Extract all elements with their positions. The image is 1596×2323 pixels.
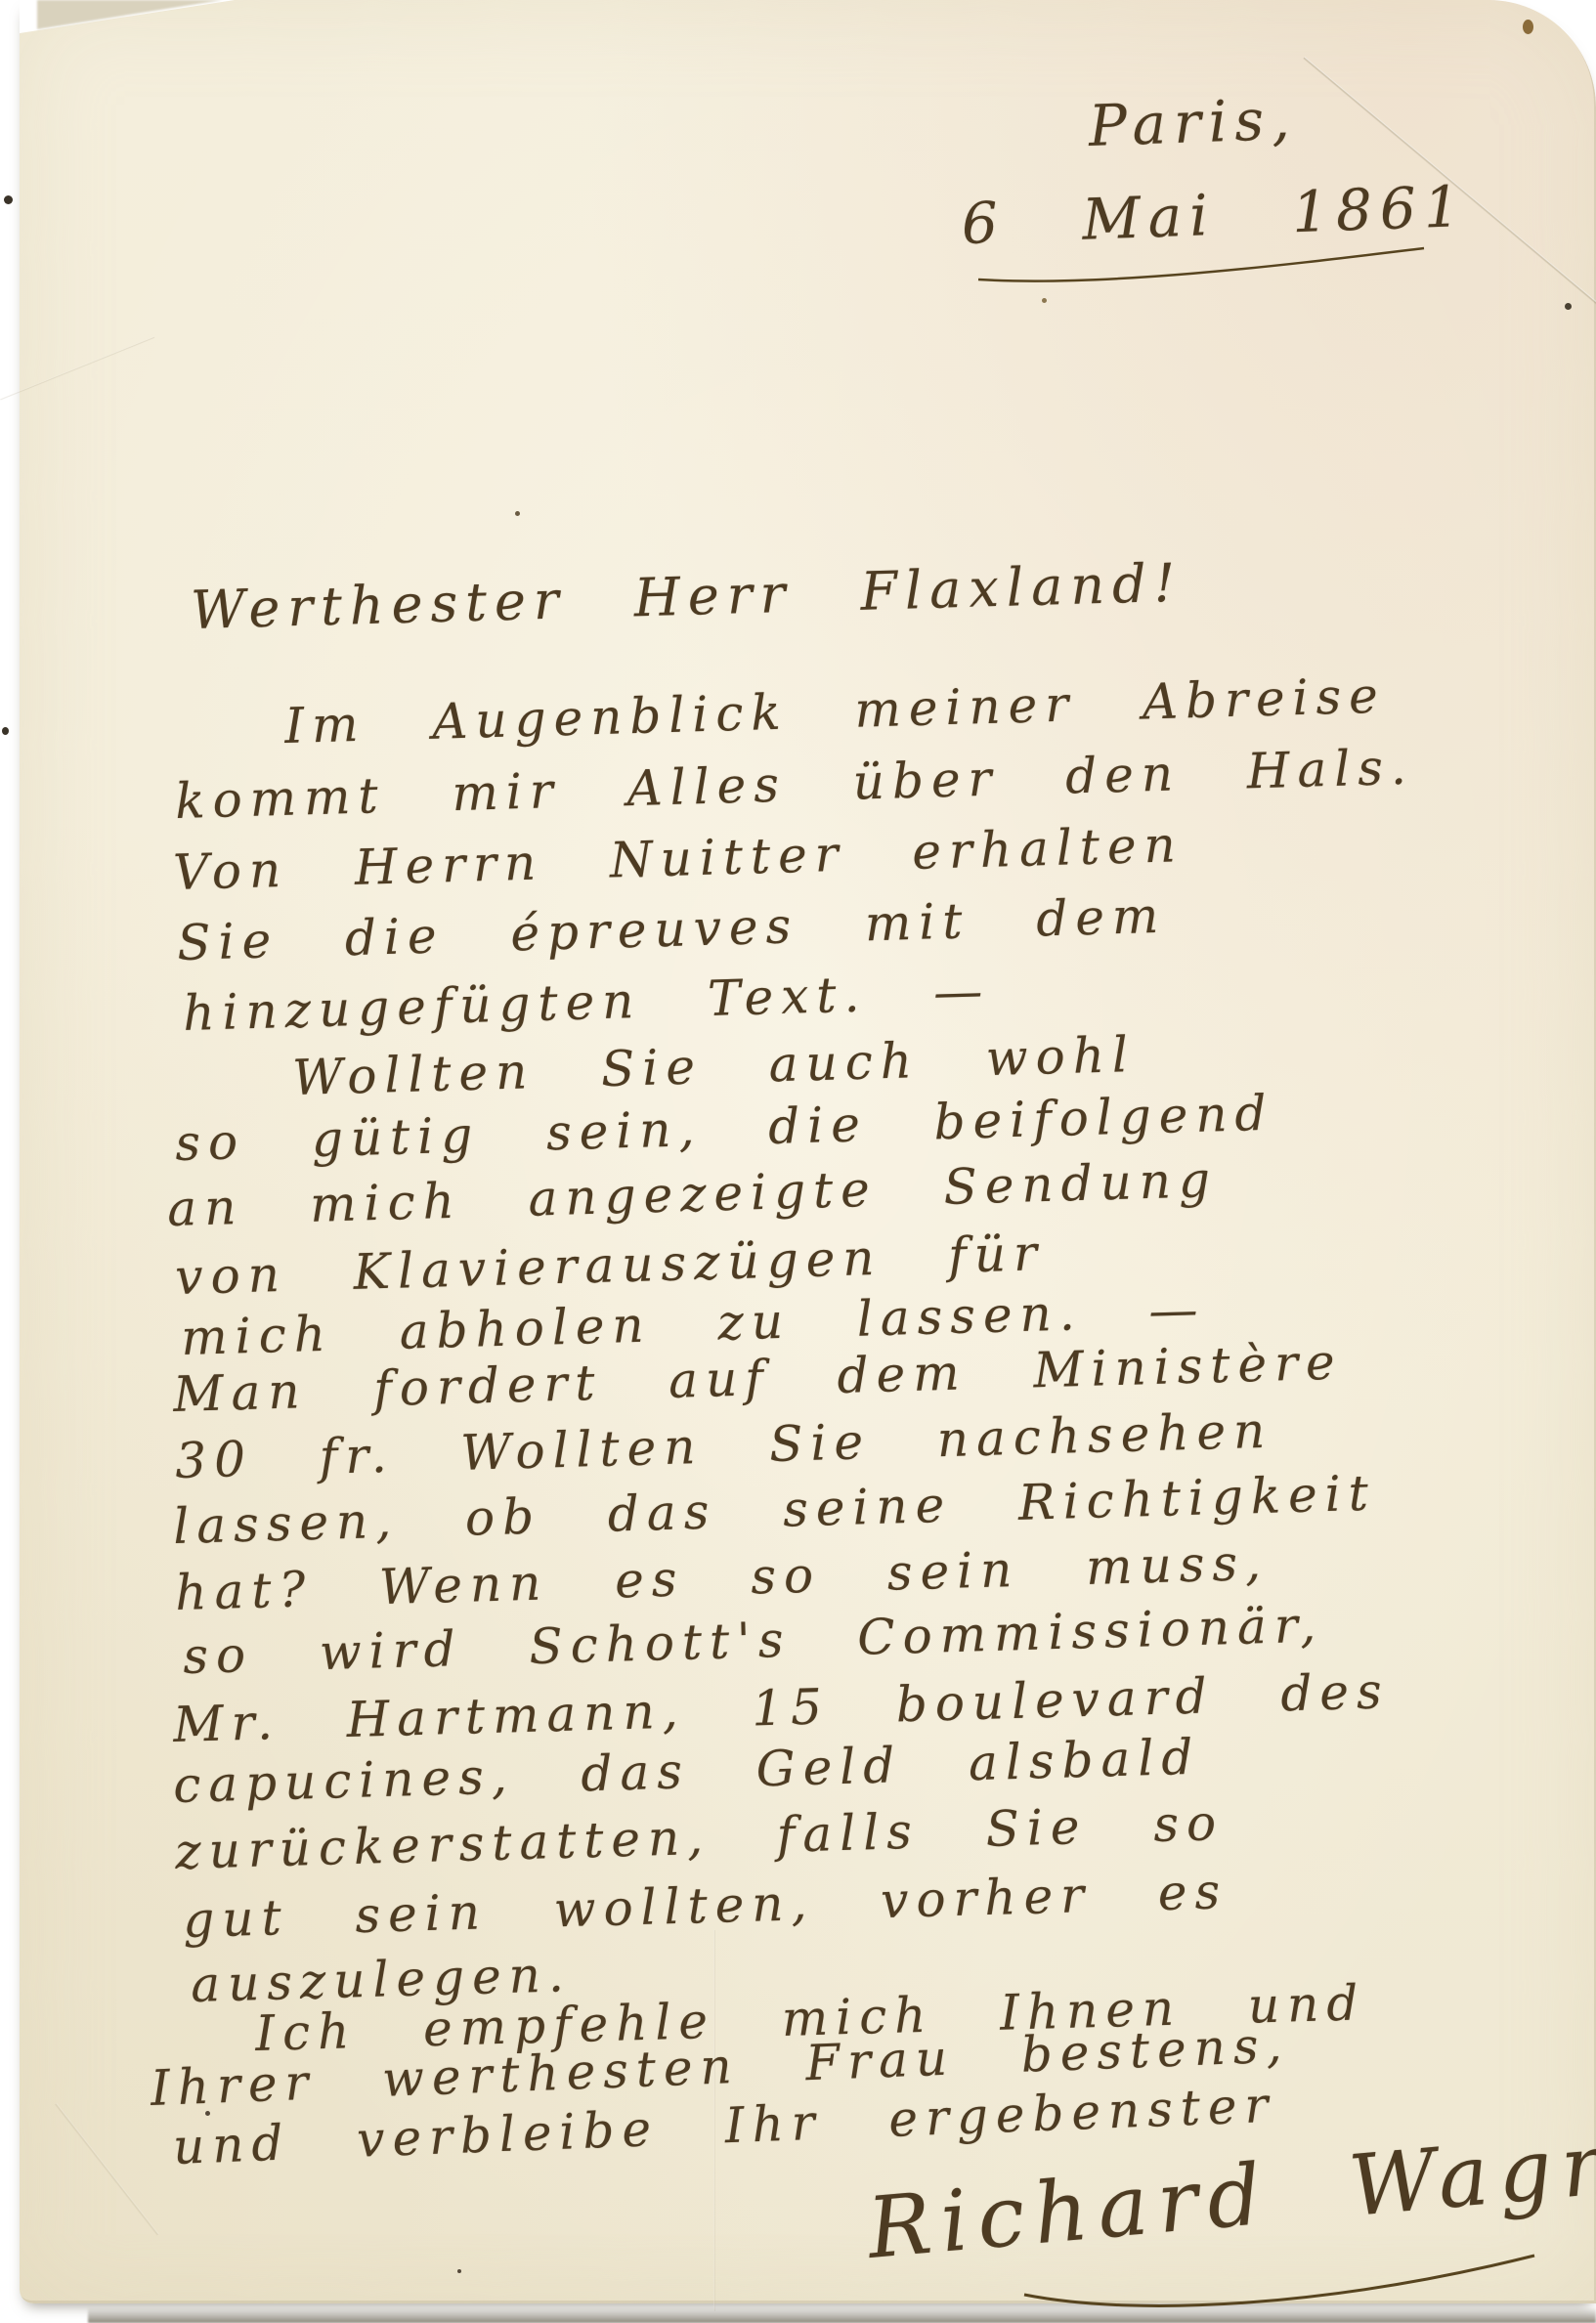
paper-speck <box>1523 20 1533 34</box>
folded-corner-shading <box>37 0 223 29</box>
letter-place: Paris, <box>1088 91 1298 154</box>
paper-speck <box>2 727 9 735</box>
paper-speck <box>515 511 520 516</box>
letter-date: 6 Mai 1861 <box>961 178 1469 252</box>
paper-speck <box>457 2269 461 2273</box>
paper-speck <box>1042 298 1047 303</box>
paper-speck <box>1565 303 1572 310</box>
scanned-letter: Paris, 6 Mai 1861 Werthester Herr Flaxla… <box>0 0 1596 2323</box>
paper-speck <box>4 195 13 204</box>
paper-bottom-edge-shadow <box>88 2307 1596 2323</box>
